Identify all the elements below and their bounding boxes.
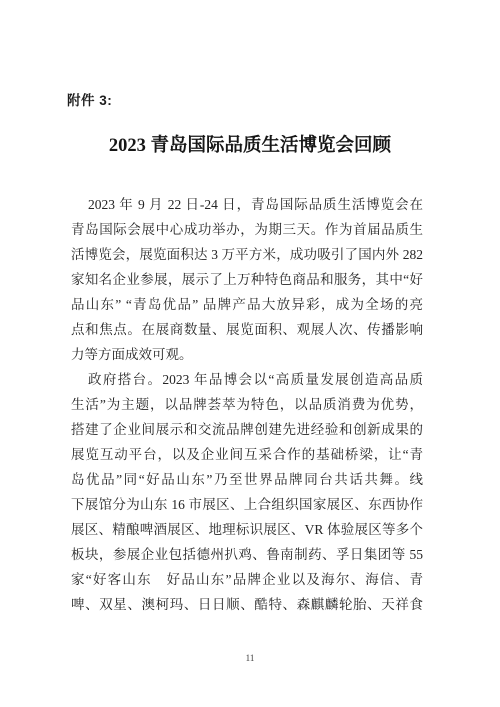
text-line: 政府搭台。2023 年品博会以“高质量发展创造高品质: [71, 367, 423, 392]
paragraph: 2023 年 9 月 22 日-24 日，青岛国际品质生活博览会在青岛国际会展中…: [71, 192, 423, 367]
text-line: 生活”为主题，以品牌荟萃为特色，以品质消费为优势，: [71, 392, 423, 417]
attachment-label: 附件 3:: [67, 91, 112, 110]
text-line: 板块，参展企业包括德州扒鸡、鲁南制药、孚日集团等 55: [71, 542, 423, 567]
document-body: 2023 年 9 月 22 日-24 日，青岛国际品质生活博览会在青岛国际会展中…: [71, 192, 423, 617]
document-page: { "header": { "attachment_label": "附件 3:…: [0, 0, 500, 707]
paragraph: 政府搭台。2023 年品博会以“高质量发展创造高品质生活”为主题，以品牌荟萃为特…: [71, 367, 423, 617]
text-line: 家知名企业参展，展示了上万种特色商品和服务，其中“好: [71, 267, 423, 292]
page-number: 11: [0, 652, 500, 664]
page-sheet: 附件 3: 2023 青岛国际品质生活博览会回顾 2023 年 9 月 22 日…: [0, 0, 500, 707]
text-line: 搭建了企业间展示和交流品牌创建先进经验和创新成果的: [71, 417, 423, 442]
text-line: 2023 年 9 月 22 日-24 日，青岛国际品质生活博览会在: [71, 192, 423, 217]
text-line: 展区、精酿啤酒展区、地理标识展区、VR 体验展区等多个: [71, 517, 423, 542]
text-line: 品山东” “青岛优品” 品牌产品大放异彩，成为全场的亮: [71, 292, 423, 317]
text-line: 啤、双星、澳柯玛、日日顺、酷特、森麒麟轮胎、天祥食: [71, 592, 423, 617]
text-line: 展览互动平台，以及企业间互采合作的基础桥梁，让“青: [71, 442, 423, 467]
document-title: 2023 青岛国际品质生活博览会回顾: [0, 133, 500, 160]
text-line: 力等方面成效可观。: [71, 342, 423, 367]
text-line: 下展馆分为山东 16 市展区、上合组织国家展区、东西协作: [71, 492, 423, 517]
text-line: 青岛国际会展中心成功举办，为期三天。作为首届品质生: [71, 217, 423, 242]
text-line: 岛优品”同“好品山东”乃至世界品牌同台共话共舞。线: [71, 467, 423, 492]
text-line: 家“好客山东 好品山东”品牌企业以及海尔、海信、青: [71, 567, 423, 592]
text-line: 活博览会，展览面积达 3 万平方米，成功吸引了国内外 282: [71, 242, 423, 267]
text-line: 点和焦点。在展商数量、展览面积、观展人次、传播影响: [71, 317, 423, 342]
